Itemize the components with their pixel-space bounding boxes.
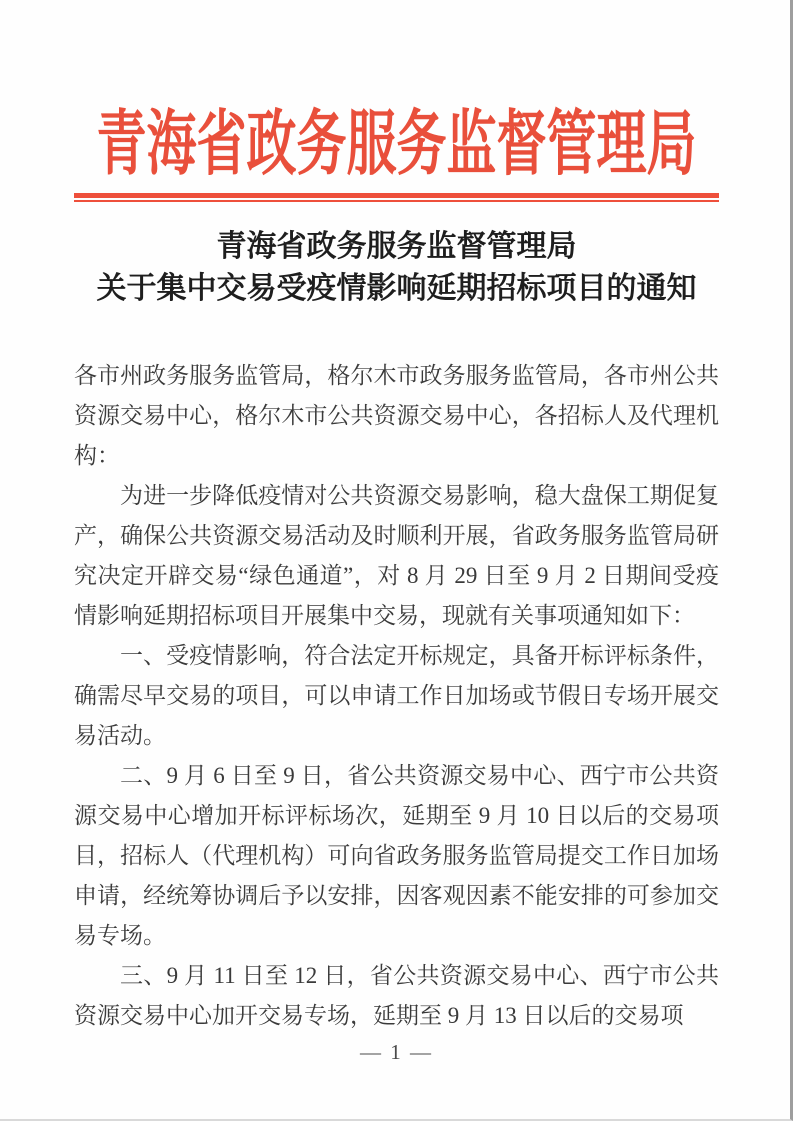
document-title-line-1: 青海省政务服务监督管理局: [74, 226, 719, 268]
document-page: 青海省政务服务监督管理局 青海省政务服务监督管理局 关于集中交易受疫情影响延期招…: [0, 0, 793, 1121]
letterhead-double-rule: [74, 193, 719, 202]
document-title: 青海省政务服务监督管理局 关于集中交易受疫情影响延期招标项目的通知: [74, 226, 719, 310]
paragraph-item-1: 一、受疫情影响，符合法定开标规定，具备开标评标条件，确需尽早交易的项目，可以申请…: [74, 636, 719, 756]
paragraph-intro: 为进一步降低疫情对公共资源交易影响，稳大盘保工期促复产，确保公共资源交易活动及时…: [74, 476, 719, 636]
paragraph-item-2: 二、9 月 6 日至 9 日，省公共资源交易中心、西宁市公共资源交易中心增加开标…: [74, 756, 719, 956]
paragraph-item-3: 三、9 月 11 日至 12 日，省公共资源交易中心、西宁市公共资源交易中心加开…: [74, 956, 719, 1036]
paragraph-addressees: 各市州政务服务监管局，格尔木市政务服务监管局，各市州公共资源交易中心，格尔木市公…: [74, 356, 719, 476]
document-body: 各市州政务服务监管局，格尔木市政务服务监管局，各市州公共资源交易中心，格尔木市公…: [74, 356, 719, 1036]
document-title-line-2: 关于集中交易受疫情影响延期招标项目的通知: [74, 268, 719, 310]
letterhead: 青海省政务服务监督管理局: [74, 88, 719, 188]
letterhead-agency: 青海省政务服务监督管理局: [97, 87, 697, 189]
page-number: — 1 —: [74, 1040, 719, 1065]
